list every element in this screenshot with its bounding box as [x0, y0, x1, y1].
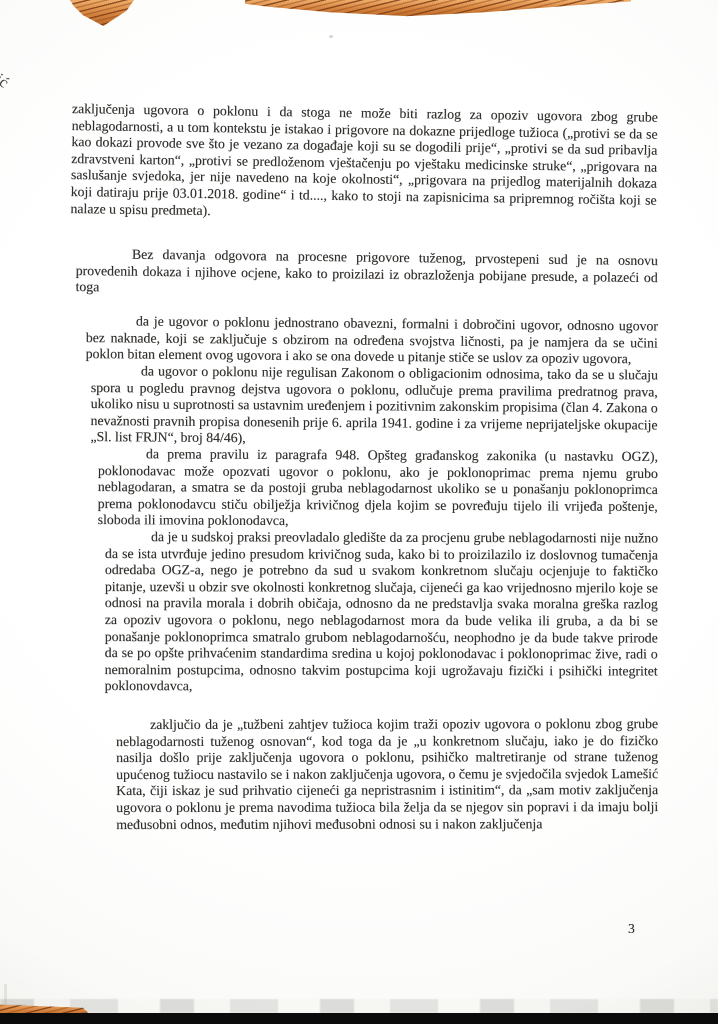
paragraph: da je u sudskoj praksi preovladalo gledi…	[105, 529, 658, 696]
desk-wood-corner	[68, 0, 136, 26]
paragraph: da ugovor o poklonu nije regulisan Zakon…	[90, 363, 658, 450]
paragraph: Bez davanja odgovora na procesne prigovo…	[75, 246, 658, 303]
paragraph: zaključenja ugovora o poklonu i da stoga…	[70, 101, 658, 226]
scanned-page: Ilijić zaključenja ugovora o poklonu i d…	[0, 0, 718, 1024]
paragraph: da prema pravilu iz paragrafa 948. Opšte…	[98, 446, 658, 532]
desk-wood-edge	[245, 0, 631, 17]
paragraph: zaključio da je „tužbeni zahtjev tužioca…	[116, 716, 658, 833]
scan-speck	[329, 35, 333, 38]
paragraph: da je ugovor o poklonu jednostrano obave…	[86, 313, 658, 368]
document-body: zaključenja ugovora o poklonu i da stoga…	[72, 101, 658, 833]
scan-smudge	[0, 999, 718, 1013]
margin-note: Ilijić	[0, 58, 12, 93]
scan-edge-bar	[0, 1013, 718, 1024]
page-number: 3	[628, 921, 635, 937]
